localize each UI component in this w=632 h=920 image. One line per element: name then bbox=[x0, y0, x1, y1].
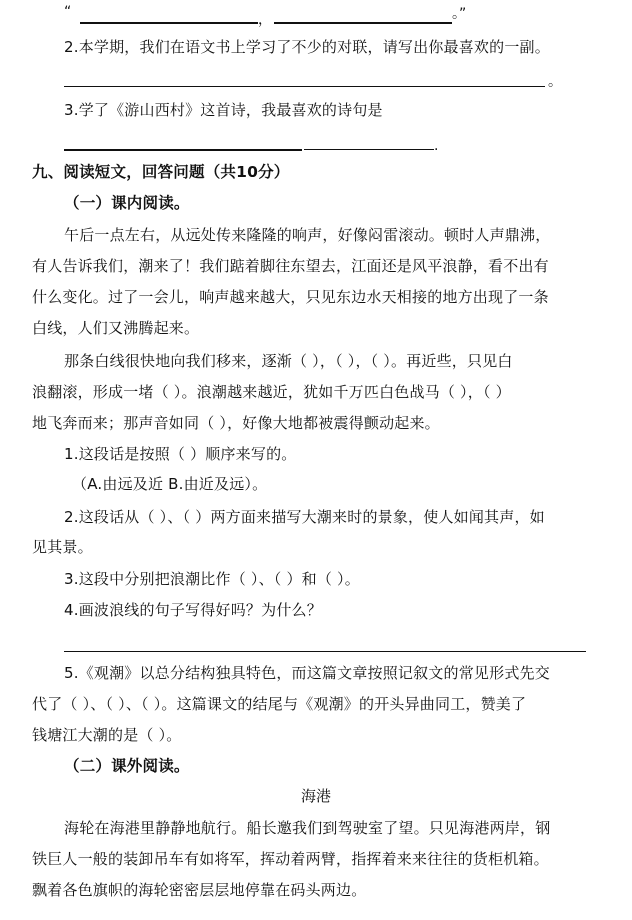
passage1-line: 什么变化。过了一会儿，响声越来越大，只见东边水天相接的地方出现了一条 bbox=[32, 287, 549, 307]
reading-question-2-cont: 见其景。 bbox=[32, 537, 93, 557]
part2-heading: （二）课外阅读。 bbox=[64, 756, 190, 776]
reading-question-4: 4.画波浪线的句子写得好吗？为什么？ bbox=[64, 600, 322, 620]
reading-question-3: 3.这段中分别把浪潮比作（ ）、（ ）和（ ）。 bbox=[64, 569, 360, 589]
passage3-line: 飘着各色旗帜的海轮密密层层地停靠在码头两边。 bbox=[32, 880, 366, 900]
passage2-line: 浪翻滚，形成一堵（ ）。浪潮越来越近，犹如千万匹白色战马（ ），（ ） bbox=[32, 382, 511, 402]
question-2-text: 2.本学期，我们在语文书上学习了不少的对联，请写出你最喜欢的一副。 bbox=[64, 37, 550, 57]
answer-blank-q3-second[interactable] bbox=[304, 149, 434, 150]
end-mark-q3: . bbox=[434, 138, 438, 154]
answer-blank-q2[interactable] bbox=[64, 86, 545, 87]
passage1-line: 午后一点左右，从远处传来隆隆的响声，好像闷雷滚动。顿时人声鼎沸， bbox=[64, 225, 550, 245]
passage2-line: 地飞奔而来；那声音如同（ ），好像大地都被震得颤动起来。 bbox=[32, 413, 440, 433]
open-quote: “ bbox=[64, 4, 71, 20]
answer-blank-q1-second[interactable] bbox=[274, 22, 452, 24]
passage-title: 海港 bbox=[0, 786, 632, 806]
end-mark-q2: 。 bbox=[548, 74, 562, 90]
answer-blank-q1-first[interactable] bbox=[80, 22, 258, 24]
reading-question-2: 2.这段话从（ ）、（ ）两方面来描写大潮来时的景象，使人如闻其声，如 bbox=[64, 507, 545, 527]
reading-question-1-options: （A.由远及近 B.由近及远）。 bbox=[72, 474, 267, 494]
reading-question-1: 1.这段话是按照（ ）顺序来写的。 bbox=[64, 444, 296, 464]
section-heading: 九、阅读短文，回答问题（共10分） bbox=[32, 162, 289, 182]
passage3-line: 海轮在海港里静静地航行。船长邀我们到驾驶室了望。只见海港两岸，钢 bbox=[64, 818, 550, 838]
comma-mark: ， bbox=[258, 12, 272, 28]
part1-heading: （一）课内阅读。 bbox=[64, 193, 190, 213]
reading-question-5-cont: 代了（ ）、（ ）、（ ）。这篇课文的结尾与《观潮》的开头异曲同工，赞美了 bbox=[32, 694, 526, 714]
reading-question-5-cont: 钱塘江大潮的是（ ）。 bbox=[32, 725, 181, 745]
question-3-text: 3.学了《游山西村》这首诗，我最喜欢的诗句是 bbox=[64, 100, 383, 120]
close-mark: 。” bbox=[452, 6, 466, 22]
passage2-line: 那条白线很快地向我们移来，逐渐（ ），（ ），（ ）。再近些，只见白 bbox=[64, 351, 513, 371]
answer-blank-q3-first[interactable] bbox=[64, 149, 302, 151]
reading-question-5: 5.《观潮》以总分结构独具特色，而这篇文章按照记叙文的常见形式先交 bbox=[64, 663, 550, 683]
passage1-line: 白线，人们又沸腾起来。 bbox=[32, 318, 199, 338]
passage1-line: 有人告诉我们，潮来了！我们踮着脚往东望去，江面还是风平浪静，看不出有 bbox=[32, 256, 549, 276]
passage3-line: 铁巨人一般的装卸吊车有如将军，挥动着两臂，指挥着来来往往的货柜机箱。 bbox=[32, 849, 549, 869]
answer-blank-reading-q4[interactable] bbox=[64, 651, 586, 652]
